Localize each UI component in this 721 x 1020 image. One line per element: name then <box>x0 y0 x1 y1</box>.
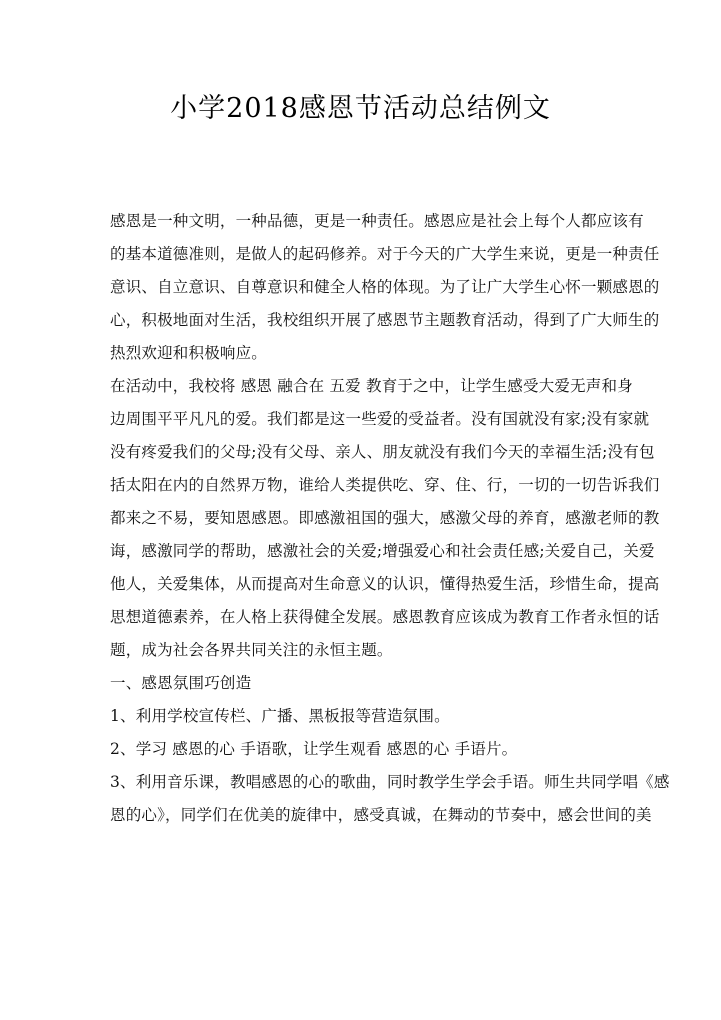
text-line: 思想道德素养，在人格上获得健全发展。感恩教育应该成为教育工作者永恒的话 <box>110 601 612 634</box>
text-line: 一、感恩氛围巧创造 <box>110 667 612 700</box>
text-line: 1、利用学校宣传栏、广播、黑板报等营造氛围。 <box>110 700 612 733</box>
text-line: 他人，关爱集体，从而提高对生命意义的认识，懂得热爱生活，珍惜生命，提高 <box>110 568 612 601</box>
document-body: 感恩是一种文明，一种品德，更是一种责任。感恩应是社会上每个人都应该有的基本道德准… <box>110 205 612 832</box>
text-line: 热烈欢迎和积极响应。 <box>110 337 612 370</box>
text-line: 心，积极地面对生活，我校组织开展了感恩节主题教育活动，得到了广大师生的 <box>110 304 612 337</box>
text-line: 都来之不易，要知恩感恩。即感激祖国的强大，感激父母的养育，感激老师的教 <box>110 502 612 535</box>
text-line: 的基本道德准则，是做人的起码修养。对于今天的广大学生来说，更是一种责任 <box>110 238 612 271</box>
text-line: 2、学习 感恩的心 手语歌，让学生观看 感恩的心 手语片。 <box>110 733 612 766</box>
text-line: 没有疼爱我们的父母;没有父母、亲人、朋友就没有我们今天的幸福生活;没有包 <box>110 436 612 469</box>
text-line: 恩的心》，同学们在优美的旋律中，感受真诚，在舞动的节奏中，感会世间的美 <box>110 799 612 832</box>
text-line: 括太阳在内的自然界万物，谁给人类提供吃、穿、住、行，一切的一切告诉我们 <box>110 469 612 502</box>
text-line: 在活动中，我校将 感恩 融合在 五爱 教育于之中，让学生感受大爱无声和身 <box>110 370 612 403</box>
text-line: 诲，感激同学的帮助，感激社会的关爱;增强爱心和社会责任感;关爱自己，关爱 <box>110 535 612 568</box>
text-line: 意识、自立意识、自尊意识和健全人格的体现。为了让广大学生心怀一颗感恩的 <box>110 271 612 304</box>
text-line: 题，成为社会各界共同关注的永恒主题。 <box>110 634 612 667</box>
text-line: 边周围平平凡凡的爱。我们都是这一些爱的受益者。没有国就没有家;没有家就 <box>110 403 612 436</box>
document-title: 小学2018感恩节活动总结例文 <box>0 86 721 125</box>
text-line: 3、利用音乐课，教唱感恩的心的歌曲，同时教学生学会手语。师生共同学唱《感 <box>110 766 612 799</box>
text-line: 感恩是一种文明，一种品德，更是一种责任。感恩应是社会上每个人都应该有 <box>110 205 612 238</box>
